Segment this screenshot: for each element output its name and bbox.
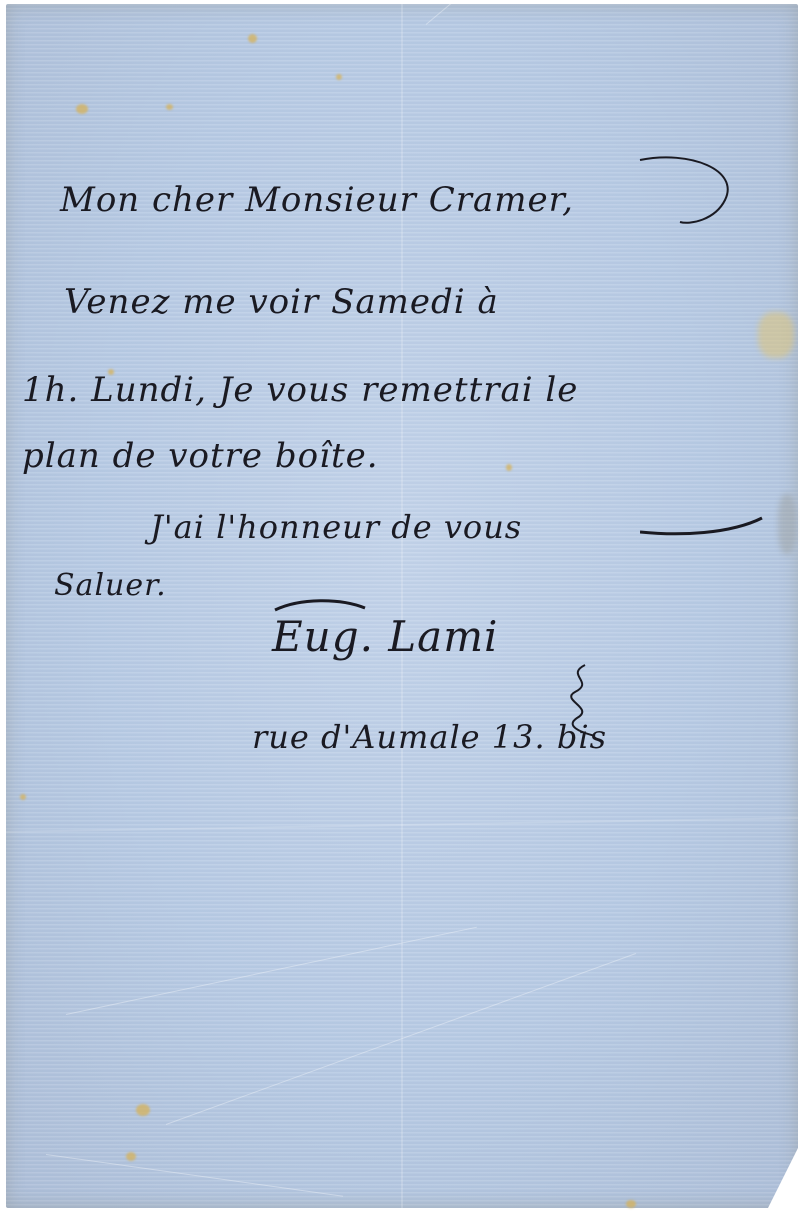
foxing-spot bbox=[248, 34, 257, 43]
closing-line-2: Saluer. bbox=[54, 568, 167, 603]
salutation-line: Mon cher Monsieur Cramer, bbox=[60, 180, 574, 220]
foxing-spot bbox=[626, 1200, 636, 1208]
stain bbox=[778, 494, 796, 554]
foxing-spot bbox=[166, 104, 173, 110]
foxing-spot bbox=[126, 1152, 136, 1161]
foxing-spot bbox=[506, 464, 512, 471]
signature: Eug. Lami bbox=[272, 612, 499, 661]
address-line: rue d'Aumale 13. bis bbox=[252, 718, 607, 756]
signature-overline bbox=[270, 596, 380, 616]
stain bbox=[758, 312, 794, 358]
foxing-spot bbox=[76, 104, 88, 114]
body-line-1: Venez me voir Samedi à bbox=[64, 282, 499, 322]
foxing-spot bbox=[336, 74, 342, 80]
foxing-spot bbox=[20, 794, 26, 800]
closing-flourish bbox=[640, 510, 770, 540]
closing-line-1: J'ai l'honneur de vous bbox=[150, 508, 522, 546]
crease-line bbox=[46, 1154, 343, 1197]
body-line-3: plan de votre boîte. bbox=[22, 436, 379, 476]
crease-line bbox=[426, 0, 549, 25]
salutation-flourish bbox=[630, 150, 740, 240]
crease-line bbox=[66, 927, 477, 1015]
foxing-spot bbox=[136, 1104, 150, 1116]
torn-corner bbox=[768, 1148, 798, 1208]
body-line-2: 1h. Lundi, Je vous remettrai le bbox=[22, 370, 578, 410]
